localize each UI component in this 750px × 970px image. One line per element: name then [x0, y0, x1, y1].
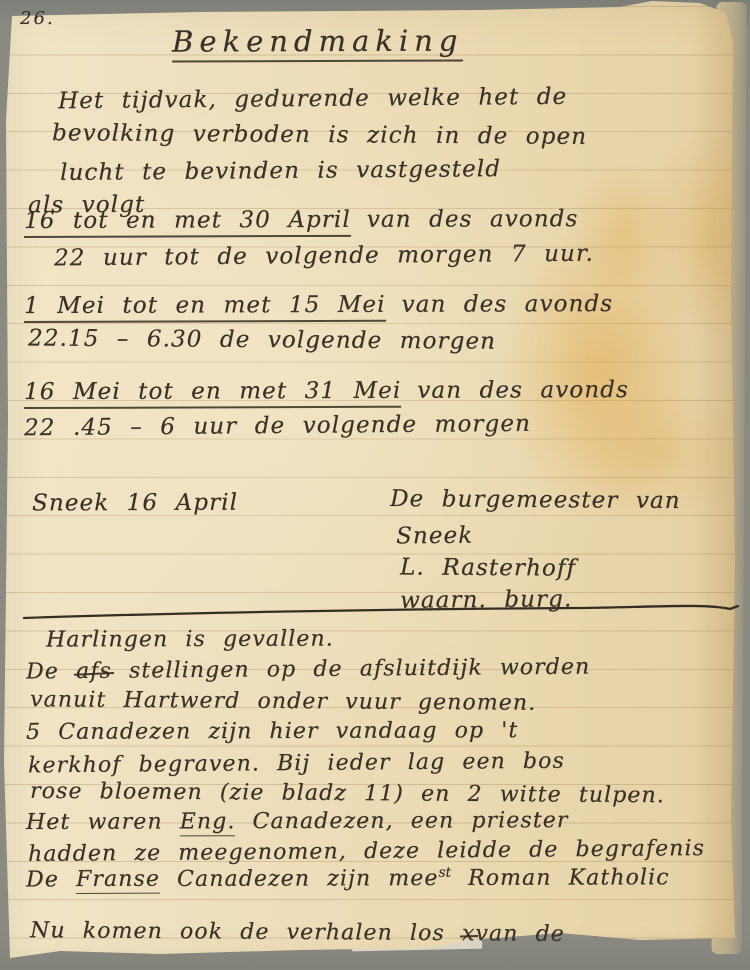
crossed-out-word: afs [76, 659, 112, 684]
curfew-period-1-times: 22 uur tot de volgende morgen 7 uur. [54, 241, 594, 272]
diary-line-priester-pre: Het waren [26, 809, 180, 835]
curfew-period-3: 16 Mei tot en met 31 Meivan des avonds [24, 377, 629, 405]
diary-line-priester-post: Canadezen, een priester [235, 808, 568, 834]
diary-line-verhalen-pre: Nu komen ook de verhalen los [30, 918, 462, 946]
curfew-period-2-range: 1 Mei tot en met 15 Mei [24, 292, 386, 323]
handwritten-content: 26. Bekendmaking Het tijdvak, gedurende … [0, 0, 750, 970]
diary-line-verhalen: Nu komen ook de verhalen los xvan de [30, 918, 565, 947]
signature-line-1: De burgemeester van [390, 486, 681, 514]
diary-line-harlingen: Harlingen is gevallen. [46, 626, 334, 652]
page-title: Bekendmaking [172, 23, 463, 58]
diary-line-franse: De Franse Canadezen zijn meest Roman Kat… [26, 864, 670, 893]
diary-line-stellingen: De afs stellingen op de afsluitdijk word… [26, 655, 590, 685]
diary-line-stellingen-pre: De [26, 659, 76, 684]
underlined-word-eng: Eng. [180, 809, 236, 836]
diary-line-priester: Het waren Eng. Canadezen, een priester [26, 808, 569, 835]
curfew-period-1-tail: van des avonds [367, 206, 579, 233]
diary-line-begrafenis: hadden ze meegenomen, deze leidde de beg… [28, 836, 705, 867]
curfew-period-2-tail: van des avonds [401, 291, 613, 318]
hand-drawn-divider-line [18, 598, 742, 624]
curfew-period-3-range: 16 Mei tot en met 31 Mei [24, 378, 401, 409]
underlined-word-franse: Franse [76, 867, 160, 894]
diary-line-franse-post: Roman Katholic [451, 865, 670, 891]
crossed-out-letter: x [462, 921, 476, 946]
photographed-notebook-page: { "page": { "number": "26.", "title": "B… [0, 0, 750, 970]
signature-line-2: Sneek [396, 523, 473, 550]
curfew-period-2-times: 22.15 – 6.30 de volgende morgen [28, 325, 496, 354]
intro-line-3: lucht te bevinden is vastgesteld [60, 156, 501, 186]
inserted-letters: st [438, 865, 451, 881]
diary-line-vanuit: vanuit Hartwerd onder vuur genomen. [30, 687, 536, 716]
signature-line-3: L. Rasterhoff [400, 554, 576, 581]
diary-line-franse-pre: De [26, 867, 76, 892]
curfew-period-2: 1 Mei tot en met 15 Meivan des avonds [24, 291, 613, 319]
intro-line-1: Het tijdvak, gedurende welke het de [58, 84, 567, 114]
curfew-period-1-range: 16 tot en met 30 April [24, 207, 351, 238]
diary-line-franse-mid: Canadezen zijn mee [160, 866, 439, 892]
diary-line-verhalen-post: van de [475, 921, 565, 947]
page-number: 26. [20, 8, 55, 29]
curfew-period-3-times: 22 .45 – 6 uur de volgende morgen [24, 411, 531, 441]
diary-line-canadezen: 5 Canadezen zijn hier vandaag op 't [26, 718, 518, 745]
diary-line-stellingen-post: stellingen op de afsluitdijk worden [112, 655, 591, 684]
place-date: Sneek 16 April [32, 490, 238, 517]
curfew-period-3-tail: van des avonds [417, 377, 629, 404]
curfew-period-1: 16 tot en met 30 Aprilvan des avonds [24, 206, 578, 234]
page-title-text: Bekendmaking [172, 23, 463, 62]
diary-line-kerkhof: kerkhof begraven. Bij ieder lag een bos [28, 749, 565, 779]
intro-line-2: bevolking verboden is zich in de open [52, 120, 587, 150]
diary-line-bloemen: rose bloemen (zie bladz 11) en 2 witte t… [30, 779, 665, 808]
